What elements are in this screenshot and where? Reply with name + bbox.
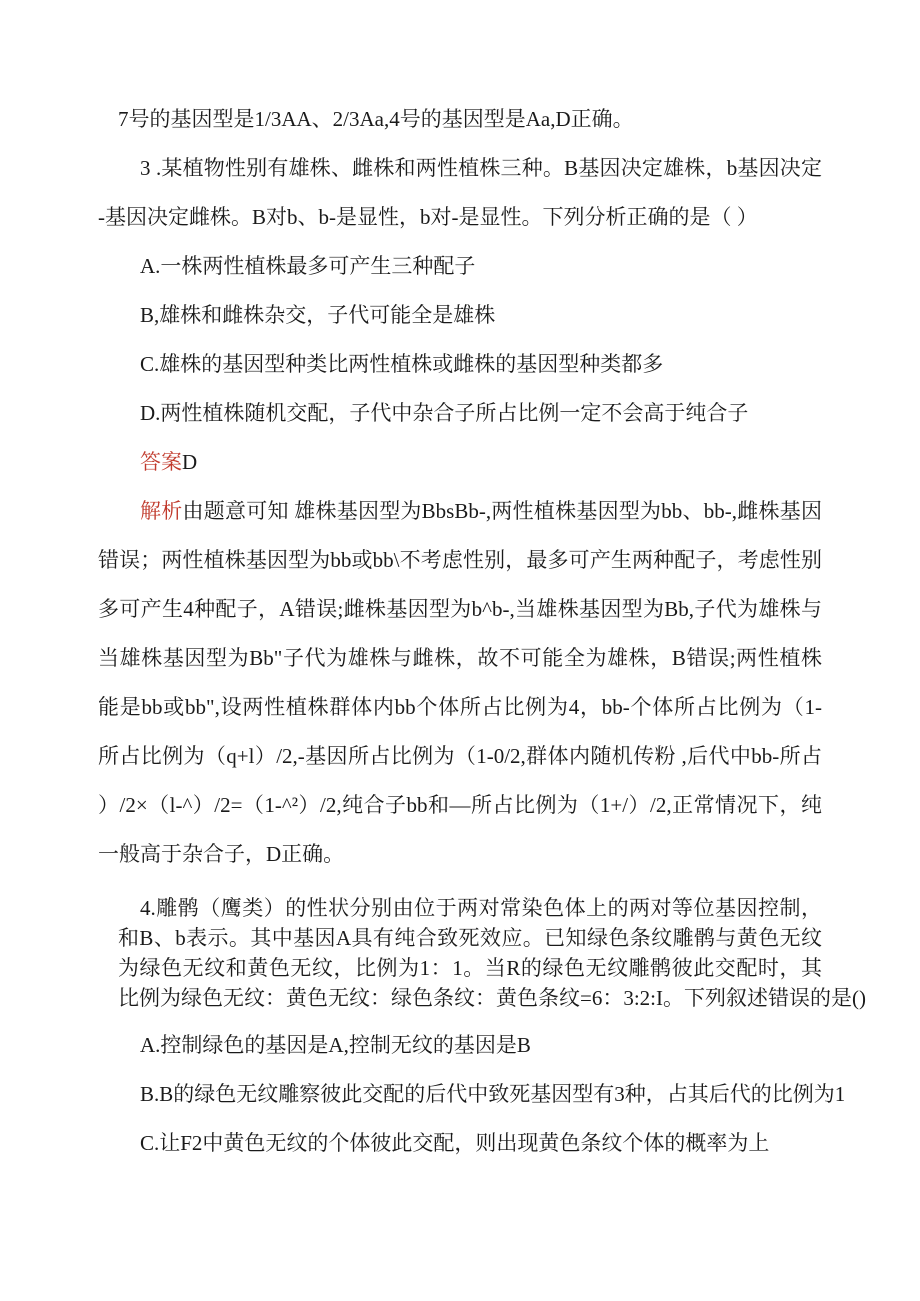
q3-stem-line-1: 3 .某植物性别有雄株、雌株和两性植株三种。B基因决定雄株，b基因决定两性植株， (98, 144, 822, 193)
answer-value: D (182, 450, 197, 474)
analysis-label: 解析 (140, 499, 183, 523)
q3-analysis-line-7: ）/2×（l-^）/2=（1-^²）/2,纯合子bb和—所占比例为（1+/）/2… (98, 781, 822, 830)
q3-option-c: C.雄株的基因型种类比两性植株或雌株的基因型种类都多 (98, 340, 822, 389)
q3-analysis-line-3: 多可产生4种配子，A错误;雌株基因型为b^b-,当雄株基因型为Bb,子代为雄株与… (98, 585, 822, 634)
q3-analysis-line-8: 一般高于杂合子，D正确。 (98, 830, 822, 879)
q3-option-d: D.两性植株随机交配，子代中杂合子所占比例一定不会高于纯合子 (98, 389, 822, 438)
q4-stem-line-4: 比例为绿色无纹：黄色无纹：绿色条纹：黄色条纹=6：3:2:I。下列叙述错误的是(… (98, 983, 822, 1013)
q3-stem-line-2: -基因决定雌株。B对b、b-是显性，b对-是显性。下列分析正确的是（ ） (98, 193, 822, 242)
q3-option-b: B,雄株和雌株杂交，子代可能全是雄株 (98, 291, 822, 340)
q3-analysis-line-5: 能是bb或bb",设两性植株群体内bb个体所占比例为4，bb-个体所占比例为（1… (98, 683, 822, 732)
q4-option-b: B.B的绿色无纹雕察彼此交配的后代中致死基因型有3种，占其后代的比例为1 (98, 1070, 822, 1119)
document-content: 7号的基因型是1/3AA、2/3Aa,4号的基因型是Aa,D正确。 3 .某植物… (98, 95, 822, 1168)
q4-stem-paragraph: 4.雕鹘（鹰类）的性状分别由位于两对常染色体上的两对等位基因控制，分别用A、a … (98, 893, 822, 1013)
q2-answer-tail-line: 7号的基因型是1/3AA、2/3Aa,4号的基因型是Aa,D正确。 (98, 95, 822, 144)
q3-analysis-line-6: 所占比例为（q+l）/2,-基因所占比例为（1-0/2,群体内随机传粉 ,后代中… (98, 732, 822, 781)
document-page: 7号的基因型是1/3AA、2/3Aa,4号的基因型是Aa,D正确。 3 .某植物… (0, 0, 920, 1301)
q3-answer-line: 答案D (98, 438, 822, 487)
q4-stem-line-2: 和B、b表示。其中基因A具有纯合致死效应。已知绿色条纹雕鹘与黄色无纹雕舞交配，F… (98, 923, 822, 953)
analysis-line-1-text: 由题意可知 雄株基因型为BbsBb-,两性植株基因型为bb、bb-,雌株基因型为… (140, 499, 822, 536)
q3-analysis-line-4: 当雄株基因型为Bb"子代为雄株与雌株，故不可能全为雄株，B错误;两性植株的基因型… (98, 634, 822, 683)
q4-options: A.控制绿色的基因是A,控制无纹的基因是B B.B的绿色无纹雕察彼此交配的后代中… (98, 1021, 822, 1168)
q3-option-a: A.一株两性植株最多可产生三种配子 (98, 242, 822, 291)
q4-option-c: C.让F2中黄色无纹的个体彼此交配，则出现黄色条纹个体的概率为上 (98, 1119, 822, 1168)
answer-label: 答案 (140, 450, 182, 474)
q3-analysis-line-1: 解析由题意可知 雄株基因型为BbsBb-,两性植株基因型为bb、bb-,雌株基因… (98, 487, 822, 536)
q3-analysis-line-2: 错误；两性植株基因型为bb或bb\不考虑性别，最多可产生两种配子，考虑性别的话，… (98, 536, 822, 585)
q4-option-a: A.控制绿色的基因是A,控制无纹的基因是B (98, 1021, 822, 1070)
q4-stem-line-3: 为绿色无纹和黄色无纹，比例为1：1。当R的绿色无纹雕鹘彼此交配时，其后代F2表型… (98, 953, 822, 983)
q4-stem-line-1: 4.雕鹘（鹰类）的性状分别由位于两对常染色体上的两对等位基因控制，分别用A、a (98, 893, 822, 923)
